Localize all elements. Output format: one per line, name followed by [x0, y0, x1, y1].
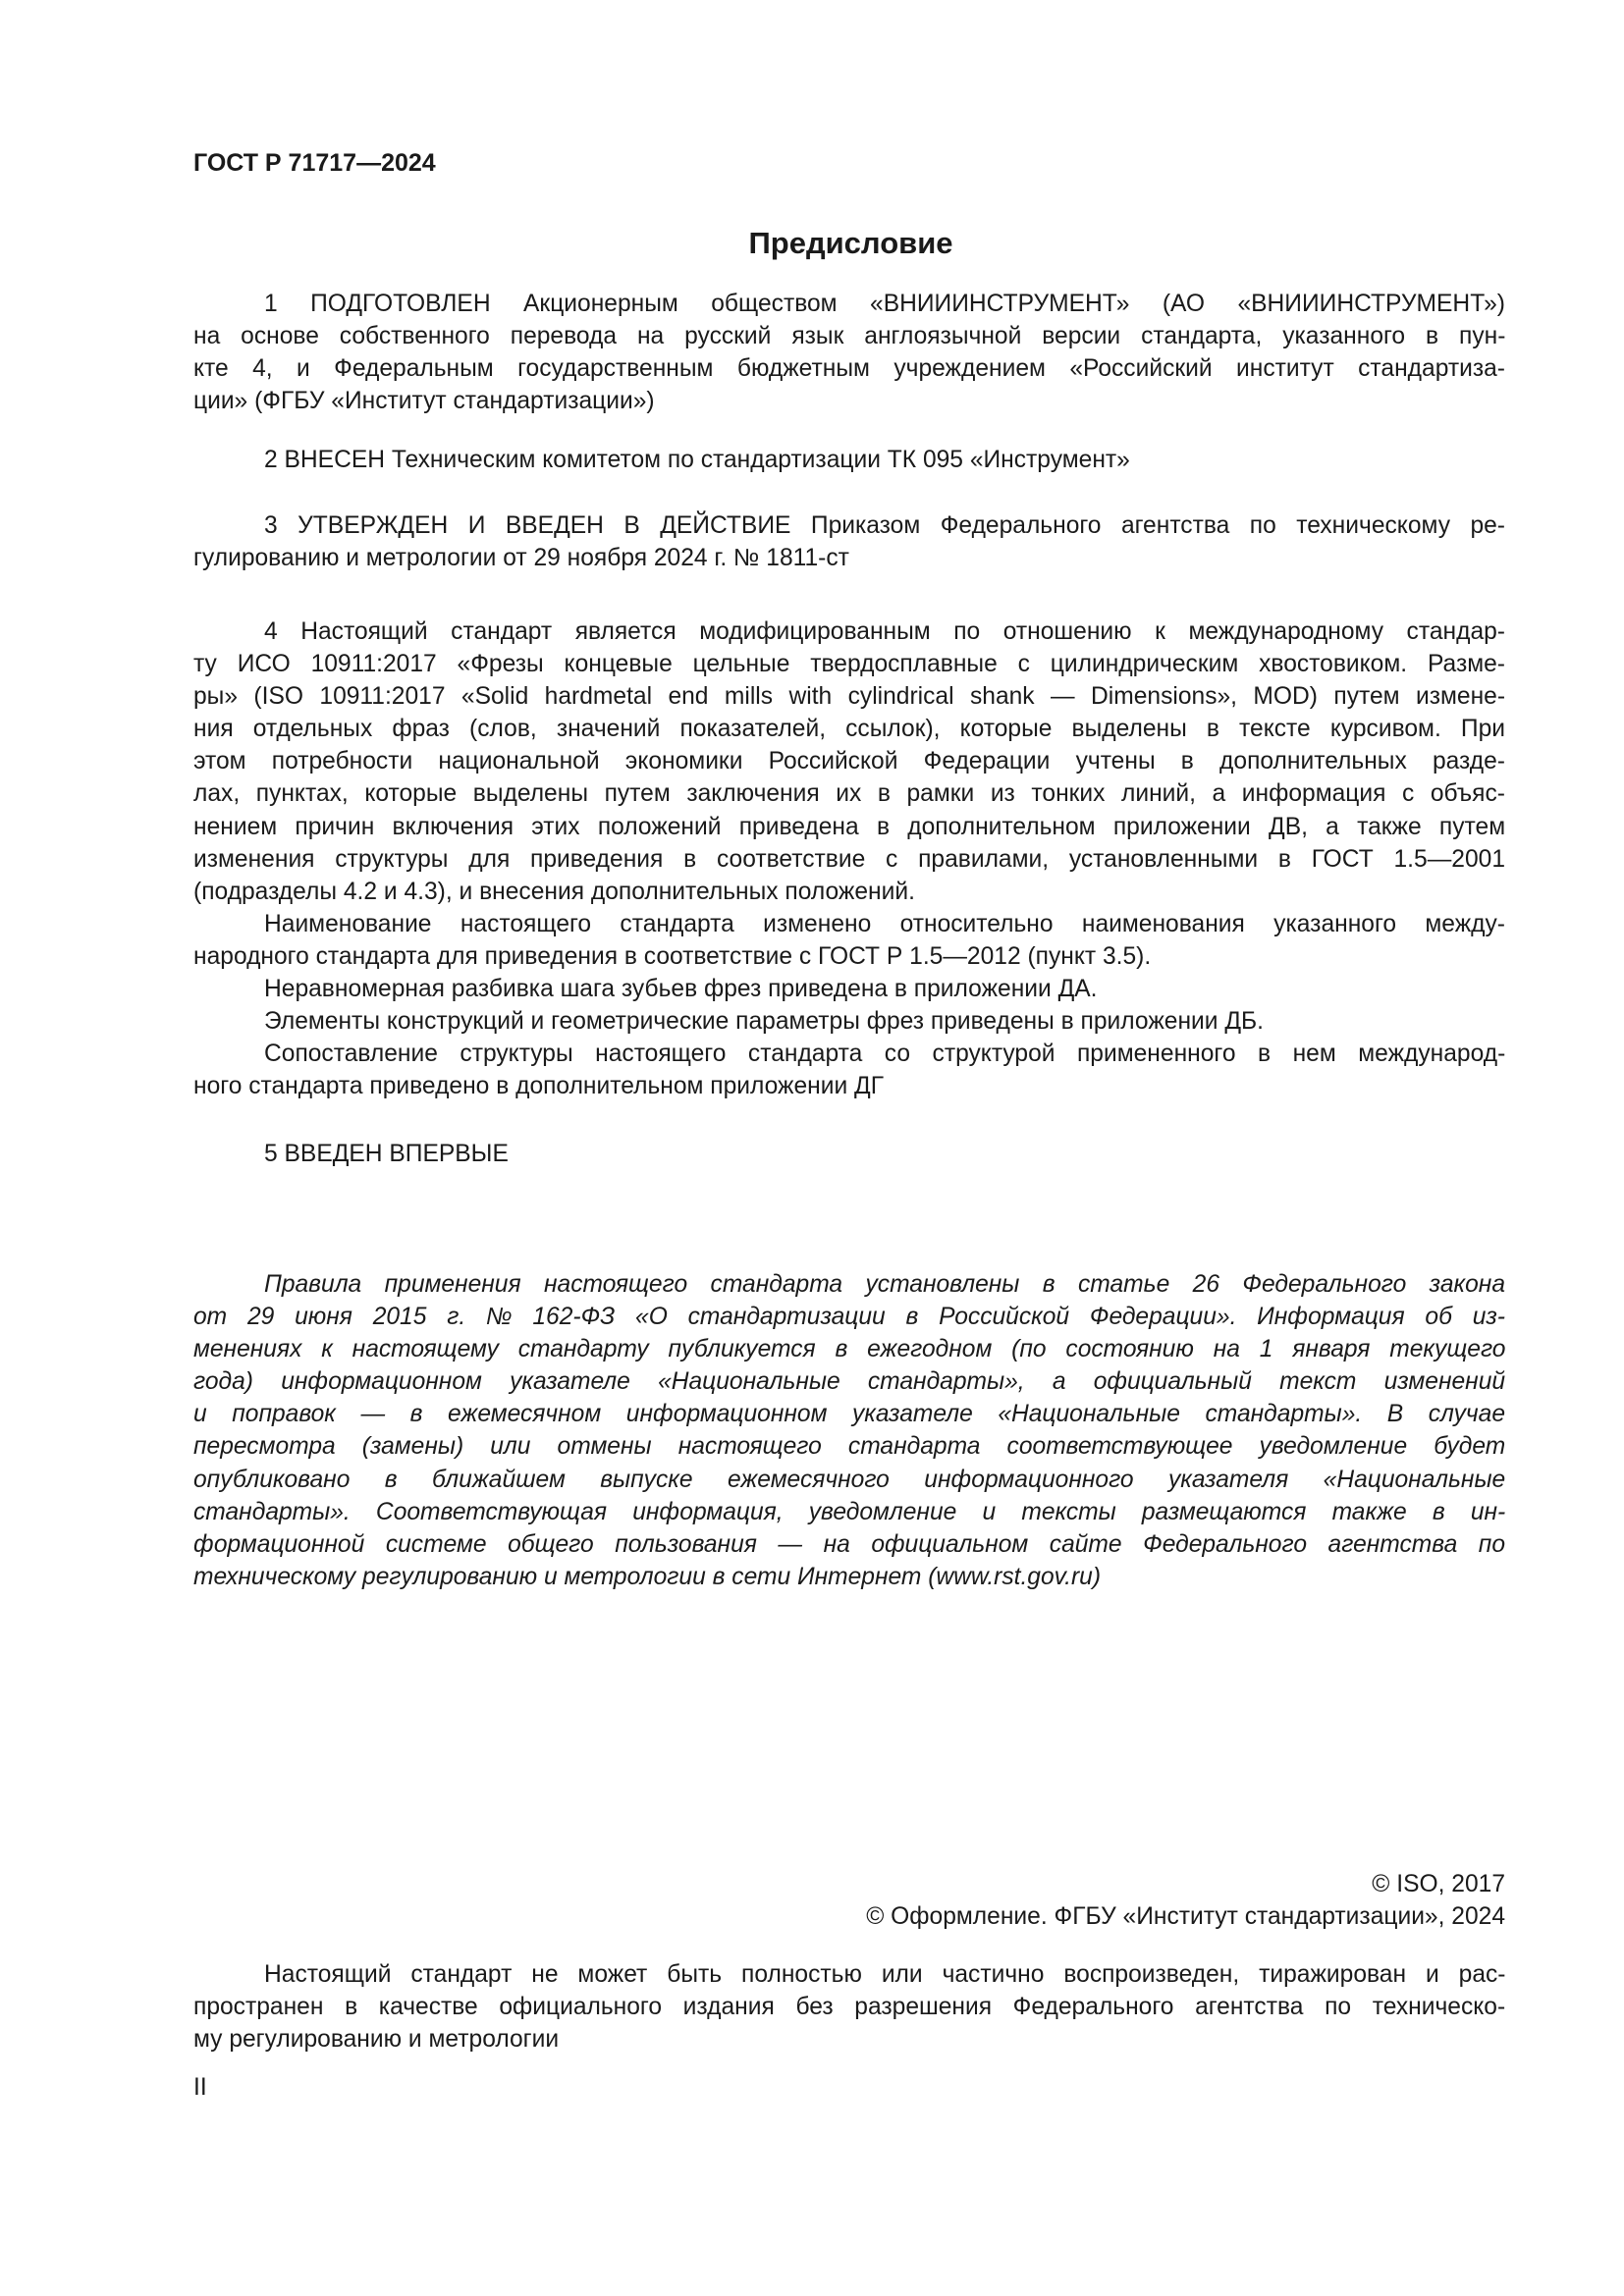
rules-notice-line: формационной системе общего пользования … [193, 1528, 1505, 1561]
section-4-subparagraph-line: народного стандарта для приведения в соо… [193, 940, 1505, 973]
rules-notice-line: техническому регулированию и метрологии … [193, 1561, 1505, 1593]
section-4-subparagraph-line: ного стандарта приведено в дополнительно… [193, 1070, 1505, 1102]
section-4-line: 4 Настоящий стандарт является модифициро… [193, 615, 1505, 648]
section-2-line: 2 ВНЕСЕН Техническим комитетом по станда… [193, 444, 1505, 476]
rules-notice-line: менениях к настоящему стандарту публикуе… [193, 1333, 1505, 1365]
rules-notice-line: от 29 июня 2015 г. № 162-ФЗ «О стандарти… [193, 1301, 1505, 1333]
rules-notice-line: и поправок — в ежемесячном информационно… [193, 1398, 1505, 1430]
section-4-subparagraph-line: Неравномерная разбивка шага зубьев фрез … [193, 973, 1505, 1005]
section-2: 2 ВНЕСЕН Техническим комитетом по станда… [193, 444, 1505, 476]
reproduction-notice-line: пространен в качестве официального издан… [193, 1991, 1505, 2023]
page-number: II [193, 2073, 207, 2103]
reproduction-notice: Настоящий стандарт не может быть полност… [193, 1958, 1505, 2056]
copyright-block: © ISO, 2017 © Оформление. ФГБУ «Институт… [193, 1868, 1505, 1933]
section-4-subparagraph-line: Наименование настоящего стандарта измене… [193, 908, 1505, 940]
section-3-line: 3 УТВЕРЖДЕН И ВВЕДЕН В ДЕЙСТВИЕ Приказом… [193, 509, 1505, 542]
section-4-line: ту ИСО 10911:2017 «Фрезы концевые цельны… [193, 648, 1505, 680]
section-3: 3 УТВЕРЖДЕН И ВВЕДЕН В ДЕЙСТВИЕ Приказом… [193, 509, 1505, 574]
section-4-line: изменения структуры для приведения в соо… [193, 843, 1505, 876]
document-code: ГОСТ Р 71717—2024 [193, 148, 436, 178]
section-4-line: этом потребности национальной экономики … [193, 745, 1505, 777]
section-4-line: нением причин включения этих положений п… [193, 811, 1505, 843]
rules-notice-line: опубликовано в ближайшем выпуске ежемеся… [193, 1464, 1505, 1496]
section-1-line: на основе собственного перевода на русск… [193, 320, 1505, 352]
section-1-line: кте 4, и Федеральным государственным бюд… [193, 352, 1505, 385]
reproduction-notice-line: му регулированию и метрологии [193, 2023, 1505, 2056]
reproduction-notice-line: Настоящий стандарт не может быть полност… [193, 1958, 1505, 1991]
rules-notice-line: пересмотра (замены) или отмены настоящег… [193, 1430, 1505, 1463]
section-4-subparagraph-line: Сопоставление структуры настоящего станд… [193, 1038, 1505, 1070]
section-4: 4 Настоящий стандарт является модифициро… [193, 615, 1505, 1102]
section-1: 1 ПОДГОТОВЛЕН Акционерным обществом «ВНИ… [193, 288, 1505, 417]
copyright-design: © Оформление. ФГБУ «Институт стандартиза… [193, 1900, 1505, 1933]
section-5: 5 ВВЕДЕН ВПЕРВЫЕ [193, 1138, 1505, 1170]
section-4-line: ния отдельных фраз (слов, значений показ… [193, 713, 1505, 745]
section-1-line: ции» (ФГБУ «Институт стандартизации») [193, 385, 1505, 417]
page-title-text: Предисловие [748, 226, 952, 261]
section-1-line: 1 ПОДГОТОВЛЕН Акционерным обществом «ВНИ… [193, 288, 1505, 320]
section-4-subparagraph-line: Элементы конструкций и геометрические па… [193, 1005, 1505, 1038]
page-title: Предисловие [0, 226, 1624, 261]
rules-notice-line: стандарты». Соответствующая информация, … [193, 1496, 1505, 1528]
section-4-line: лах, пунктах, которые выделены путем зак… [193, 777, 1505, 810]
rules-notice: Правила применения настоящего стандарта … [193, 1268, 1505, 1593]
rules-notice-line: года) информационном указателе «Национал… [193, 1365, 1505, 1398]
rules-notice-line: Правила применения настоящего стандарта … [193, 1268, 1505, 1301]
section-3-line: гулированию и метрологии от 29 ноября 20… [193, 542, 1505, 574]
copyright-iso: © ISO, 2017 [193, 1868, 1505, 1900]
section-4-line: (подразделы 4.2 и 4.3), и внесения допол… [193, 876, 1505, 908]
section-4-line: ры» (ISO 10911:2017 «Solid hardmetal end… [193, 680, 1505, 713]
section-5-line: 5 ВВЕДЕН ВПЕРВЫЕ [193, 1138, 1505, 1170]
